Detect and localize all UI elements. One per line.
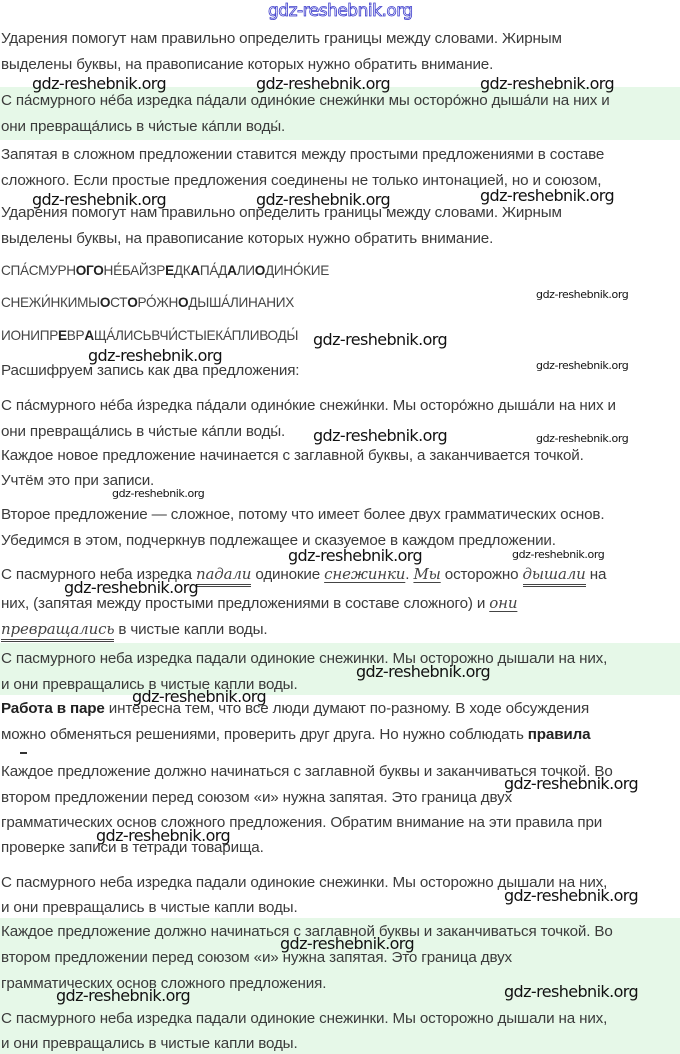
text-line: Второе предложение — сложное, потому что… (1, 505, 604, 525)
text-line: Убедимся в этом, подчеркнув подлежащее и… (1, 531, 556, 551)
watermark: gdz-reshebnik.org (480, 74, 614, 93)
text-line: грамматических основ сложного предложени… (1, 813, 602, 833)
text-line: С па́смурного не́ба и́зредка па́дали оди… (1, 396, 616, 416)
watermark: gdz-reshebnik.org (132, 687, 266, 706)
watermark: gdz-reshebnik.org (280, 934, 414, 953)
text-line: Запятая в сложном предложении ставится м… (1, 145, 604, 165)
watermark: gdz-reshebnik.org (112, 487, 204, 500)
subject: Мы (413, 565, 440, 583)
text-line: втором предложении перед союзом «и» нужн… (1, 948, 512, 968)
text-line: Ударения помогут нам правильно определит… (1, 29, 562, 49)
watermark: gdz-reshebnik.org (96, 826, 230, 845)
stressed-line: С па́смурного не́ба изредка па́дали один… (1, 91, 610, 111)
pair-line-1: Работа в паре интересна тем, что все люд… (1, 699, 589, 719)
watermark: gdz-reshebnik.org (536, 288, 628, 301)
pair-line-2: можно обменяться решениями, проверить др… (1, 725, 590, 745)
predicate: падали (196, 565, 251, 587)
watermark: gdz-reshebnik.org (504, 886, 638, 905)
watermark: gdz-reshebnik.org (504, 774, 638, 793)
caps-line-1: СПА́СМУРНОГОНЕ́БАЙЗРЕДКАПА́ДАЛИОДИНО́КИЕ (1, 261, 329, 281)
text-line: выделены буквы, на правописание которых … (1, 229, 493, 249)
subject: снежинки (324, 565, 405, 583)
answer-line: С пасмурного неба изредка падали одиноки… (1, 649, 607, 669)
watermark: gdz-reshebnik.org (536, 432, 628, 445)
answer-line: и они превращались в чистые капли воды. (1, 1034, 298, 1054)
watermark: gdz-reshebnik.org (288, 546, 422, 565)
caps-line-2: СНЕЖИ́НКИМЫОСТОРО́ЖНОДЫША́ЛИНАНИХ (1, 293, 294, 313)
watermark: gdz-reshebnik.org (356, 662, 490, 681)
stressed-line: они превраща́лись в чи́стые ка́пли воды́… (1, 117, 285, 137)
watermark: gdz-reshebnik.org (32, 74, 166, 93)
caps-line-3: ИОНИПРЕВРАЩА́ЛИСЬВЧИ́СТЫЕКА́ПЛИВОДЫ́ (1, 326, 298, 346)
answer-line: и они превращались в чистые капли воды. (1, 898, 298, 918)
subject: они (489, 594, 517, 612)
watermark: gdz-reshebnik.org (64, 578, 198, 597)
watermark: gdz-reshebnik.org (313, 426, 447, 445)
clipped-text-fragment (20, 752, 27, 754)
text-line: они превраща́лись в чи́стые ка́пли воды́… (1, 422, 285, 442)
text-line: втором предложении перед союзом «и» нужн… (1, 788, 512, 808)
watermark: gdz-reshebnik.org (256, 74, 390, 93)
watermark: gdz-reshebnik.org (56, 986, 190, 1005)
watermark: gdz-reshebnik.org (480, 186, 614, 205)
site-watermark-header: gdz-reshebnik.org (268, 1, 413, 21)
watermark: gdz-reshebnik.org (504, 982, 638, 1001)
parsed-line-3: превращались в чистые капли воды. (1, 619, 267, 640)
watermark: gdz-reshebnik.org (256, 190, 390, 209)
watermark: gdz-reshebnik.org (88, 346, 222, 365)
answer-line: С пасмурного неба изредка падали одиноки… (1, 1009, 607, 1029)
predicate: превращались (1, 620, 114, 642)
text-line: выделены буквы, на правописание которых … (1, 55, 493, 75)
predicate: дышали (523, 565, 586, 587)
watermark: gdz-reshebnik.org (512, 548, 604, 561)
text-line: Каждое новое предложение начинается с за… (1, 446, 584, 466)
watermark: gdz-reshebnik.org (313, 330, 447, 349)
page: gdz-reshebnik.org Ударения помогут нам п… (0, 0, 680, 1054)
watermark: gdz-reshebnik.org (536, 359, 628, 372)
watermark: gdz-reshebnik.org (32, 190, 166, 209)
